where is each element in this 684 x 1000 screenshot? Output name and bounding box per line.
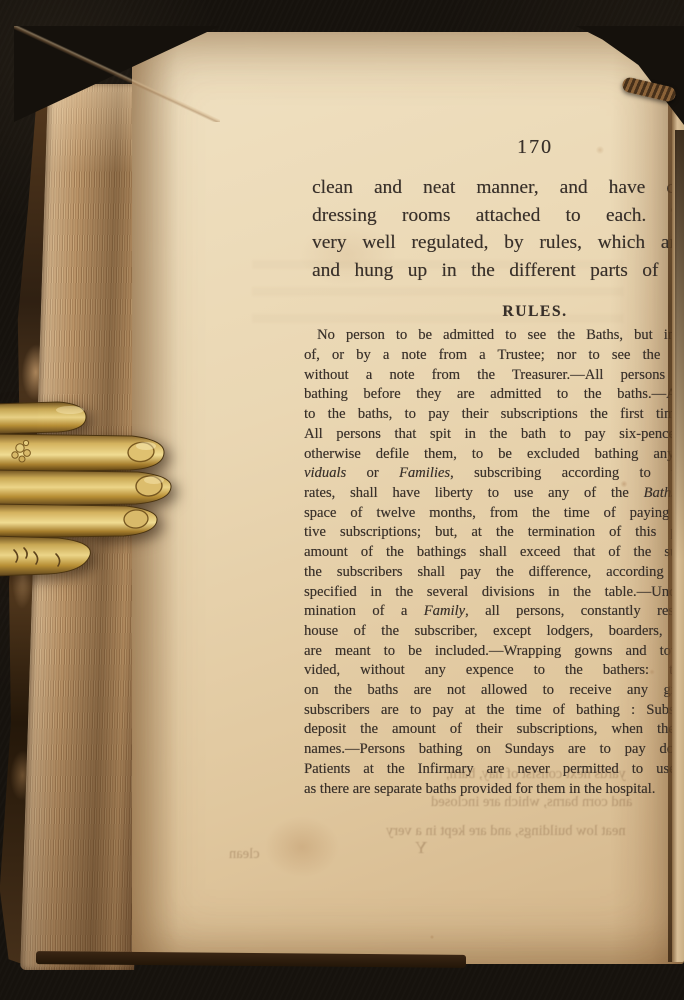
text-line: No person to be admitted to see the Bath… (304, 326, 684, 346)
text-line: and corn barns, which are inclosed (431, 794, 632, 811)
intro-paragraph: clean and neat manner, and have comforta… (304, 174, 684, 284)
text-line: of, or by a note from a Trustee; nor to … (304, 346, 684, 366)
page-number: 170 (304, 136, 684, 159)
text-line: amount of the bathings shall exceed that… (304, 543, 684, 563)
text-line: clean and neat manner, and have comforta… (312, 174, 684, 202)
printed-text-block: 170 clean and neat manner, and have comf… (304, 64, 684, 837)
text-line: the subscribers shall pay the difference… (304, 563, 684, 583)
rules-paragraph: No person to be admitted to see the Bath… (304, 326, 684, 799)
text-line: specified in the several divisions in th… (304, 583, 684, 603)
text-line: without a note from the Treasurer.—All p… (304, 366, 684, 386)
book-page: 170 clean and neat manner, and have comf… (132, 32, 684, 964)
text-line: otherwise defile them, to be excluded ba… (304, 445, 684, 465)
text-line: rates, shall have liberty to use any of … (304, 484, 684, 504)
text-line: space of twelve months, from the time of… (304, 504, 684, 524)
text-line: subscribers are to pay at the time of ba… (304, 701, 684, 721)
text-line: Y (415, 838, 427, 858)
photo-stage: 170 clean and neat manner, and have comf… (0, 0, 684, 1000)
text-line: very well regulated, by rules, which are… (312, 229, 684, 257)
text-line: All persons that spit in the bath to pay… (304, 425, 684, 445)
text-line: names.—Persons bathing on Sundays are to… (304, 740, 684, 760)
text-line: and hung up in the different parts of th… (312, 257, 684, 285)
text-line: viduals or Families, subscribing accordi… (304, 464, 684, 484)
text-line: house of the subscriber, except lodgers,… (304, 622, 684, 642)
text-line: bathing before they are admitted to the … (304, 385, 684, 405)
text-line: tive subscriptions; but, at the terminat… (304, 523, 684, 543)
text-line: mination of a Family, all persons, const… (304, 602, 684, 622)
palm-base (0, 536, 90, 576)
text-line: vided, without any expence to the bather… (304, 661, 684, 681)
text-line: are meant to be included.—Wrapping gowns… (304, 642, 684, 662)
text-line: deposit the amount of their subscription… (304, 720, 684, 740)
text-line: to the baths, to pay their subscriptions… (304, 405, 684, 425)
verso-showthrough-text: yards next consist of hay, barn,and corn… (187, 766, 660, 891)
rules-heading: RULES. (304, 303, 684, 321)
text-line: on the baths are not allowed to receive … (304, 681, 684, 701)
right-edge-shadow (675, 130, 684, 560)
text-line: clean (229, 846, 260, 863)
brass-hand-page-holder (0, 386, 180, 582)
text-line: dressing rooms attached to each. They ar… (312, 202, 684, 230)
text-line: yards next consist of hay, barn, (446, 766, 626, 783)
